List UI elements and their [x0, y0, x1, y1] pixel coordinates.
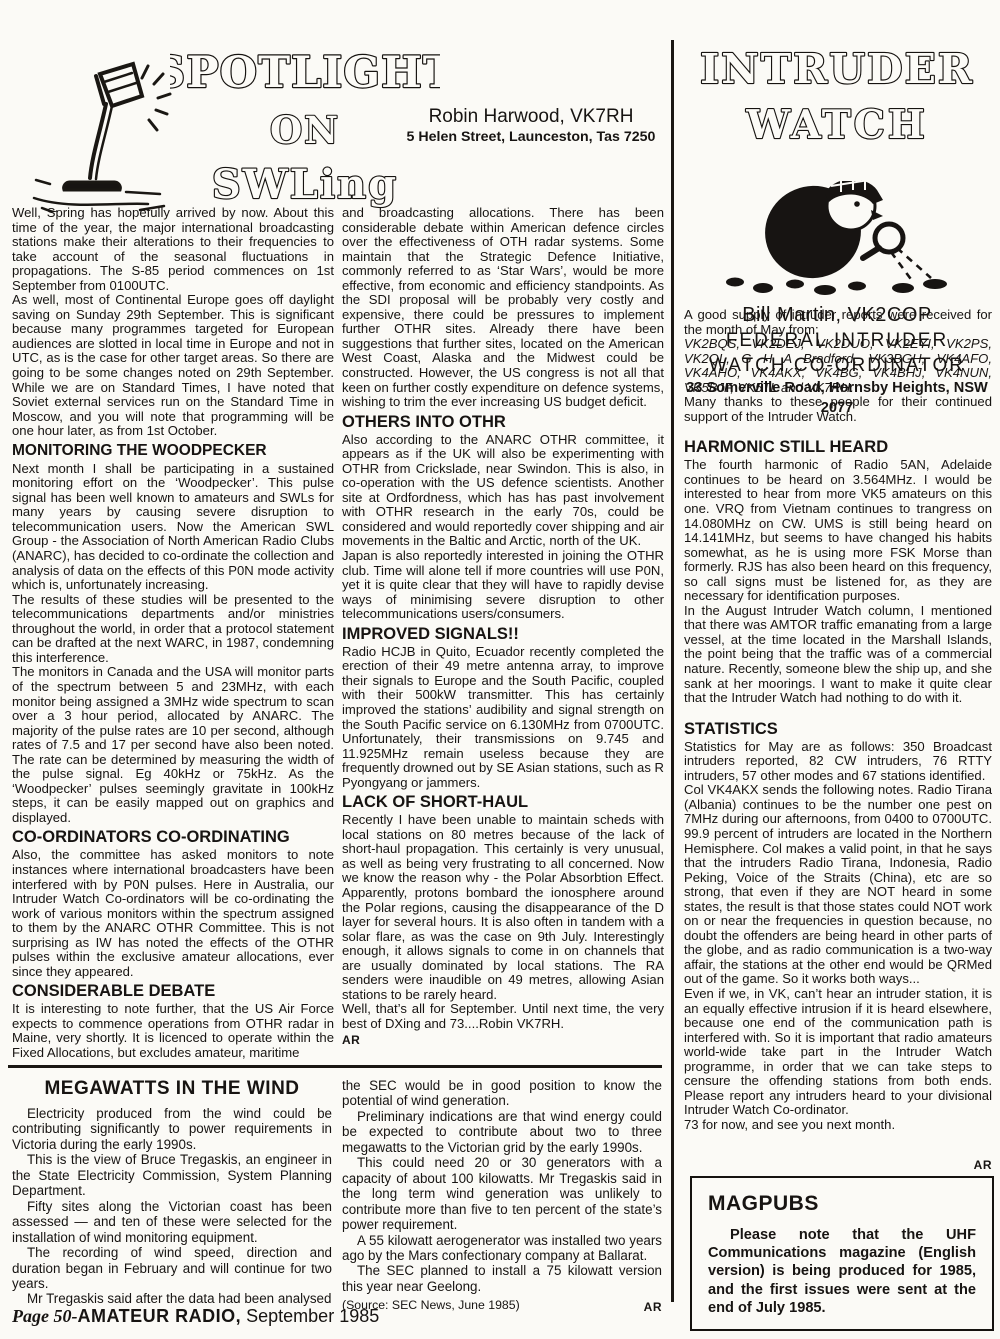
paragraph: and broadcasting allocations. There has …: [342, 206, 664, 410]
paragraph: It is interesting to note further, that …: [12, 1002, 334, 1060]
swl-title-line1: SPOTLIGHT: [170, 44, 440, 100]
swl-byline-block: Robin Harwood, VK7RH 5 Helen Street, Lau…: [398, 106, 664, 146]
magpubs-box: MAGPUBS Please note that the UHF Communi…: [690, 1176, 994, 1331]
paragraph: This is the view of Bruce Tregaskis, an …: [12, 1152, 332, 1198]
magazine-page: SPOTLIGHT ON SWLing Robin Harwood, VK7RH…: [0, 0, 1000, 1339]
paragraph: Well, that’s all for September. Until ne…: [342, 1002, 664, 1031]
section-divider: [8, 1065, 662, 1068]
paragraph: Recently I have been unable to maintain …: [342, 813, 664, 1002]
swl-title-line3: SWLing: [170, 158, 440, 210]
megawatts-column-1: MEGAWATTS IN THE WIND Electricity produc…: [12, 1078, 332, 1307]
paragraph: Preliminary indications are that wind en…: [342, 1109, 662, 1155]
iw-title-text2: WATCH: [745, 102, 927, 148]
paragraph: As well, most of Continental Europe goes…: [12, 293, 334, 438]
swl-title-text1: SPOTLIGHT: [170, 48, 440, 98]
paragraph: Statistics for May are as follows: 350 B…: [684, 740, 992, 784]
subheading: LACK OF SHORT-HAUL: [342, 793, 664, 811]
paragraph: Radio HCJB in Quito, Ecuador recently co…: [342, 645, 664, 790]
iw-title-line2: WATCH: [684, 99, 990, 149]
paragraph: Mr Tregaskis said after the data had bee…: [12, 1291, 332, 1306]
page-footer: Page 50-AMATEUR RADIO, September 1985: [12, 1306, 379, 1327]
megawatts-column-2: the SEC would be in good position to kno…: [342, 1078, 662, 1314]
footer-magazine-name: AMATEUR RADIO,: [77, 1306, 241, 1326]
swl-column-1: Well, Spring has hopefully arrived by no…: [12, 206, 334, 1061]
paragraph: Electricity produced from the wind could…: [12, 1106, 332, 1152]
subheading: STATISTICS: [684, 720, 992, 738]
paragraph: The fourth harmonic of Radio 5AN, Adelai…: [684, 458, 992, 603]
paragraph: The results of these studies will be pre…: [12, 593, 334, 666]
paragraph: Also, the committee has asked monitors t…: [12, 848, 334, 979]
article-end-mark: AR: [644, 1300, 662, 1314]
paragraph: A good supply of intruder reports were r…: [684, 308, 992, 337]
subheading: CO-ORDINATORS CO-ORDINATING: [12, 828, 334, 846]
megawatts-title: MEGAWATTS IN THE WIND: [12, 1078, 332, 1100]
paragraph: In the August Intruder Watch column, I m…: [684, 604, 992, 706]
paragraph: Also according to the ANARC OTHR committ…: [342, 433, 664, 549]
paragraph: 73 for now, and see you next month.: [684, 1118, 992, 1133]
swl-title-text3: SWLing: [212, 161, 398, 208]
paragraph: The monitors in Canada and the USA will …: [12, 665, 334, 825]
article-end-mark: AR: [684, 1158, 992, 1172]
paragraph: the SEC would be in good position to kno…: [342, 1078, 662, 1109]
paragraph: A 55 kilowatt aerogenerator was installe…: [342, 1233, 662, 1264]
paragraph: Many thanks to these people for their co…: [684, 395, 992, 424]
paragraph: This could need 20 or 30 generators with…: [342, 1155, 662, 1232]
paragraph: Japan is also reportedly interested in j…: [342, 549, 664, 622]
swl-column-2: and broadcasting allocations. There has …: [342, 206, 664, 1047]
callsign-list: VK2BQS, VK2DEJ, VK2DUO, VK2EYI, VK2PS, V…: [684, 337, 992, 395]
magpubs-body: Please note that the UHF Communications …: [708, 1226, 976, 1317]
swl-title-text2: ON: [270, 108, 340, 152]
footer-date: September 1985: [241, 1306, 379, 1326]
lamp-illustration: [30, 52, 180, 212]
detective-illustration: [684, 156, 990, 303]
column-divider: [671, 40, 674, 1302]
subheading: IMPROVED SIGNALS!!: [342, 625, 664, 643]
intruder-watch-column: A good supply of intruder reports were r…: [684, 308, 992, 1172]
subheading: CONSIDERABLE DEBATE: [12, 982, 334, 1000]
paragraph: Even if we, in VK, can’t hear an intrude…: [684, 987, 992, 1118]
swl-author: Robin Harwood, VK7RH: [398, 106, 664, 128]
footer-page-number: Page 50-: [12, 1306, 77, 1326]
subheading: MONITORING THE WOODPECKER: [12, 442, 334, 460]
article-end-mark: AR: [342, 1033, 664, 1047]
paragraph: Next month I shall be participating in a…: [12, 462, 334, 593]
iw-title-line1: INTRUDER: [684, 42, 990, 94]
subheading: HARMONIC STILL HEARD: [684, 438, 992, 456]
paragraph: Col VK4AKX sends the following notes. Ra…: [684, 783, 992, 987]
paragraph: Fifty sites along the Victorian coast ha…: [12, 1199, 332, 1245]
paragraph: The recording of wind speed, direction a…: [12, 1245, 332, 1291]
swl-address: 5 Helen Street, Launceston, Tas 7250: [398, 128, 664, 146]
paragraph: The SEC planned to install a 75 kilowatt…: [342, 1263, 662, 1294]
magpubs-title: MAGPUBS: [708, 1192, 976, 1216]
paragraph: Well, Spring has hopefully arrived by no…: [12, 206, 334, 293]
iw-title-text1: INTRUDER: [700, 45, 974, 93]
subheading: OTHERS INTO OTHR: [342, 413, 664, 431]
